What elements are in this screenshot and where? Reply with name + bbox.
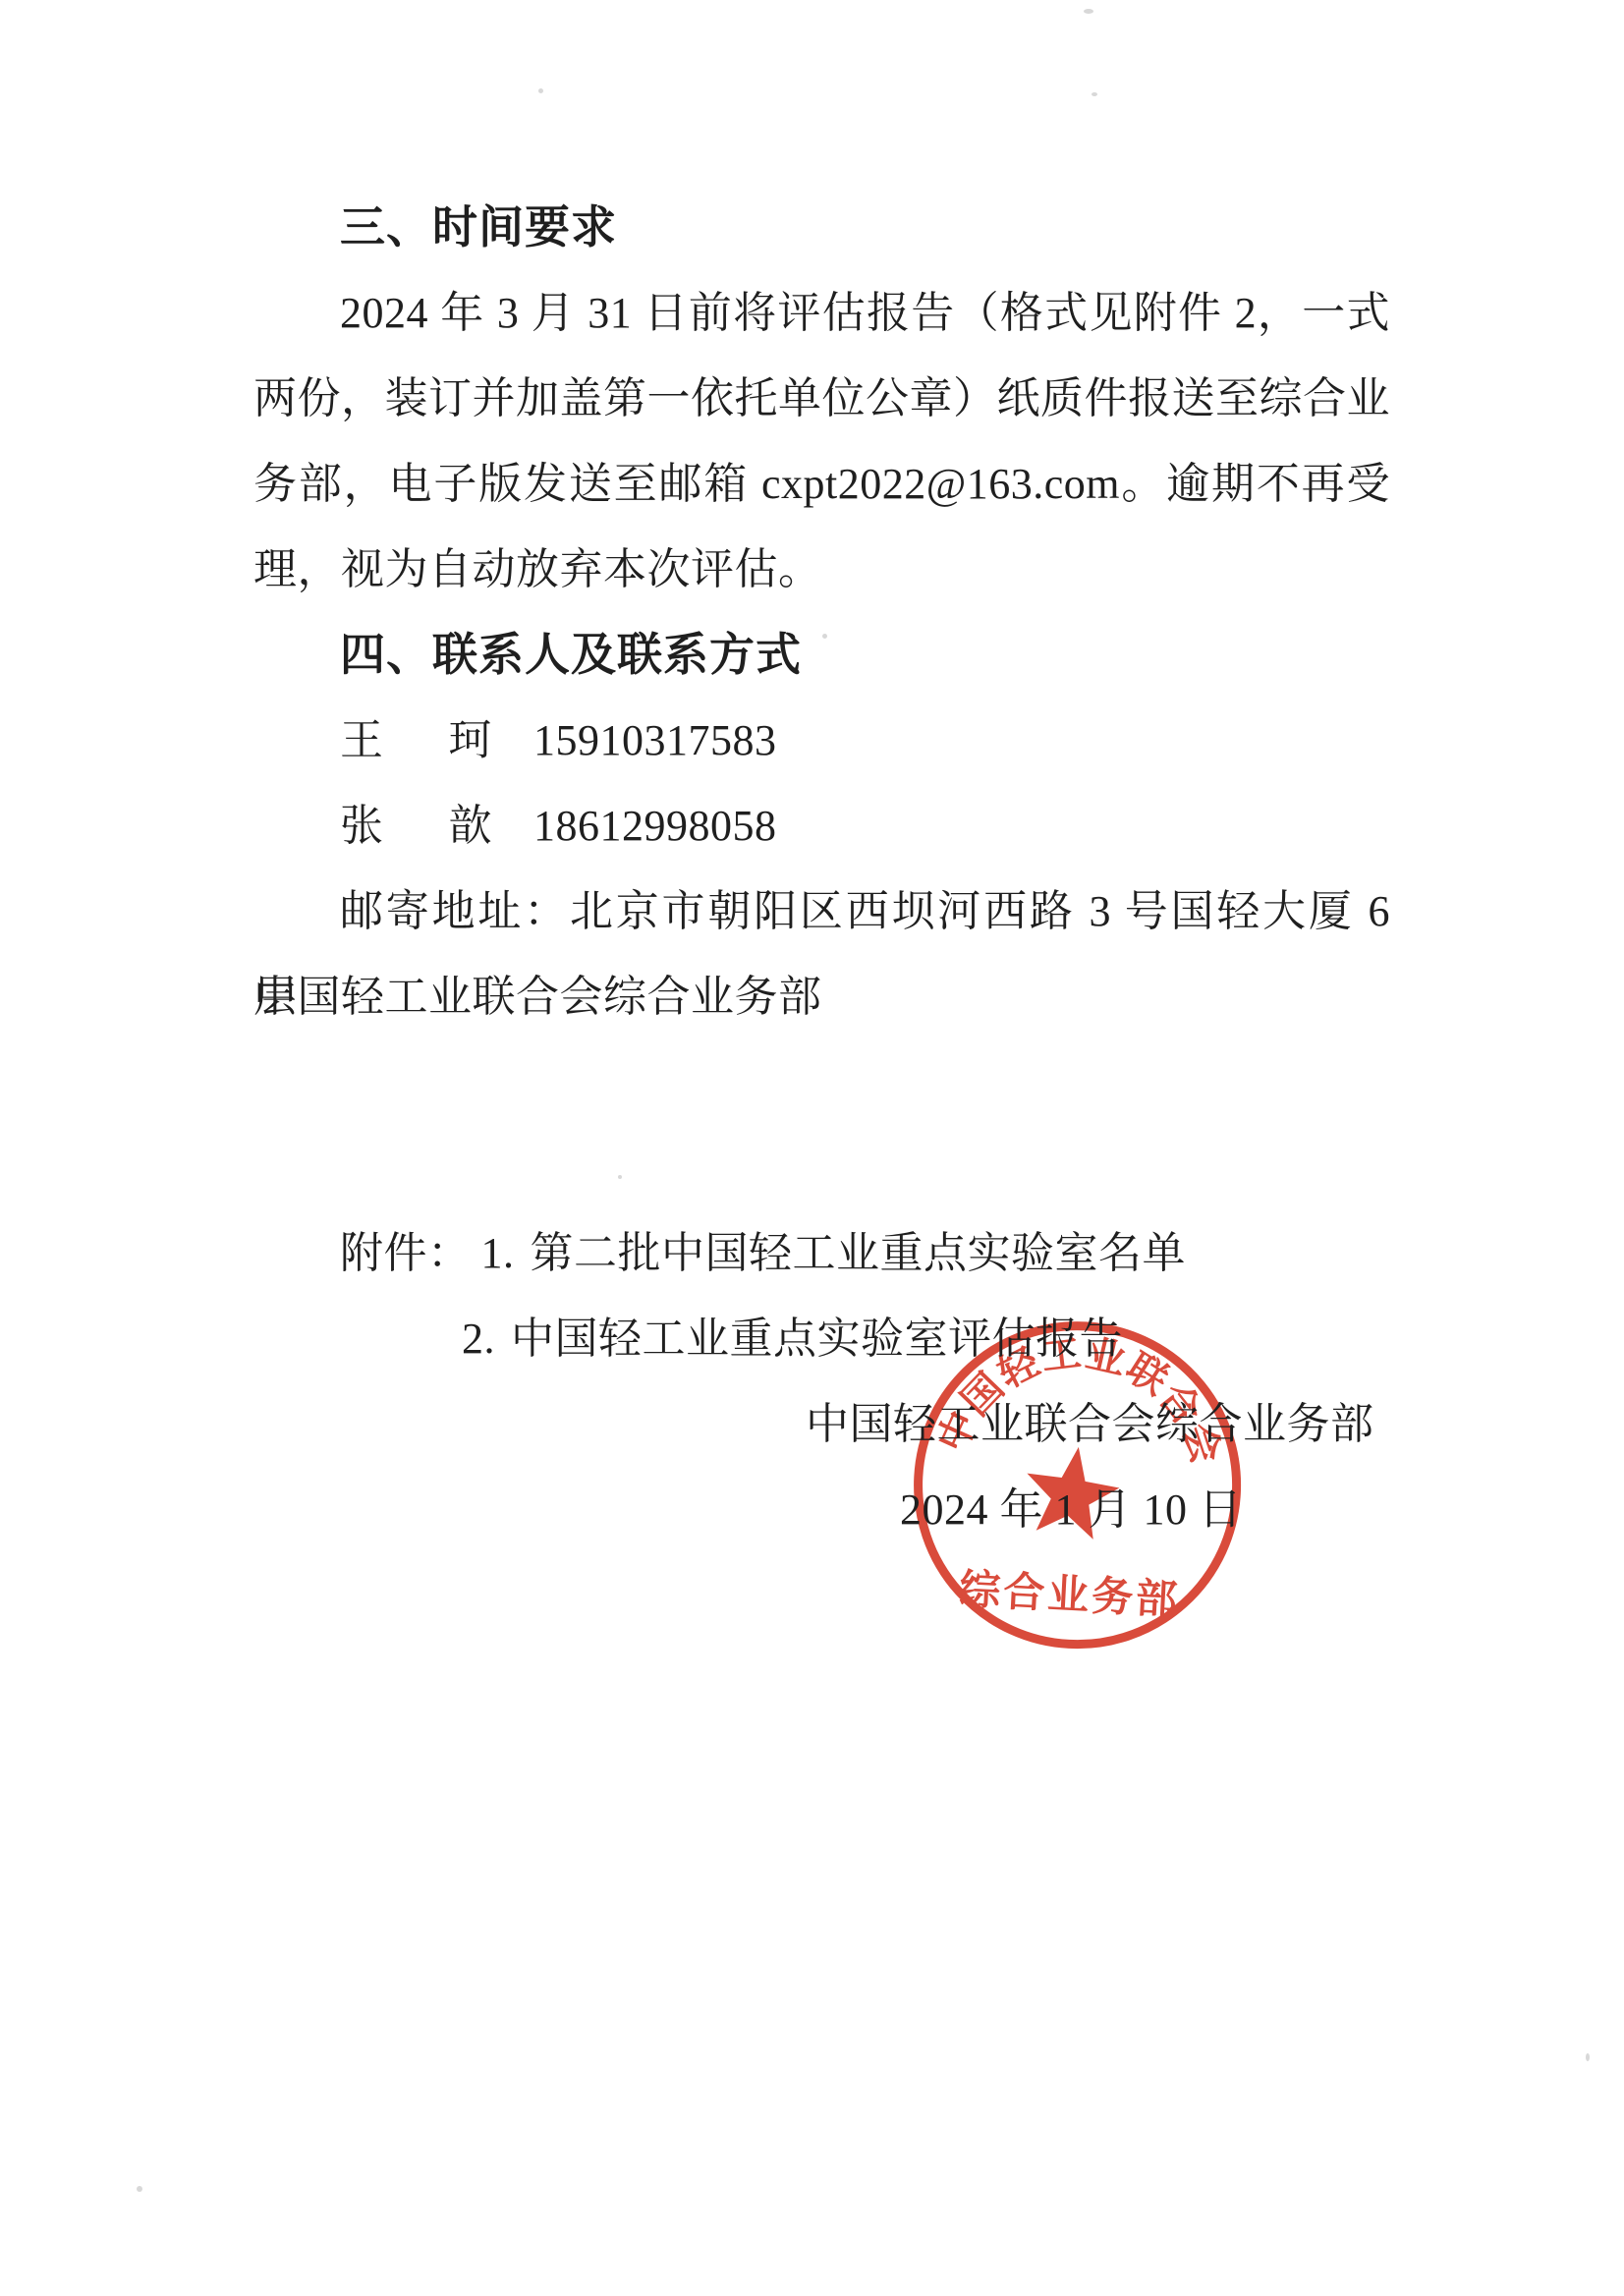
scan-noise-speck [1586,2053,1590,2061]
mailing-address-line: 中国轻工业联合会综合业务部 [253,954,1390,1039]
contact-surname: 张 [340,802,384,850]
signature-organization: 中国轻工业联合会综合业务部 [253,1381,1390,1467]
paragraph-line: 理，视为自动放弃本次评估。 [253,527,1390,612]
scan-noise-speck [538,88,543,93]
attachment-title: 第二批中国轻工业重点实验室名单 [531,1229,1187,1277]
paragraph-line: 两份，装订并加盖第一依托单位公章）纸质件报送至综合业 [253,356,1390,441]
signature-date: 2024 年 1 月 10 日 [253,1467,1390,1552]
contact-given-name: 珂 [449,716,493,764]
paragraph-line: 2024 年 3 月 31 日前将评估报告（格式见附件 2，一式 [253,270,1390,356]
attachments-label: 附件： [340,1229,472,1277]
section3-heading: 三、时间要求 [253,185,1390,270]
attachment-title: 中国轻工业重点实验室评估报告 [511,1315,1123,1363]
attachments-row: 2.中国轻工业重点实验室评估报告 [253,1296,1390,1381]
contact-phone: 15910317583 [533,716,777,764]
scan-noise-speck [1092,92,1097,96]
document-body: 三、时间要求 2024 年 3 月 31 日前将评估报告（格式见附件 2，一式 … [253,185,1390,1552]
contact-given-name: 歆 [449,802,493,850]
mailing-address-line: 邮寄地址：北京市朝阳区西坝河西路 3 号国轻大厦 6 层 [253,868,1390,954]
scanned-document-page: 中国轻工业联合会 综合业务部 三、时间要求 2024 年 3 月 31 日前将评… [0,0,1624,2296]
paragraph-line: 务部，电子版发送至邮箱 cxpt2022@163.com。逾期不再受 [253,441,1390,527]
attachment-number: 1. [481,1229,515,1277]
contact-surname: 王 [340,716,384,764]
blank-line [253,1125,1390,1210]
contact-row: 张歆18612998058 [253,783,1390,868]
contact-row: 王珂15910317583 [253,698,1390,783]
attachment-number: 2. [462,1315,495,1363]
contact-phone: 18612998058 [533,802,777,850]
blank-line [253,1039,1390,1125]
scan-noise-speck [137,2186,142,2192]
attachments-row: 附件：1.第二批中国轻工业重点实验室名单 [253,1210,1390,1296]
scan-noise-speck [1084,9,1093,14]
section4-heading: 四、联系人及联系方式 [253,612,1390,698]
